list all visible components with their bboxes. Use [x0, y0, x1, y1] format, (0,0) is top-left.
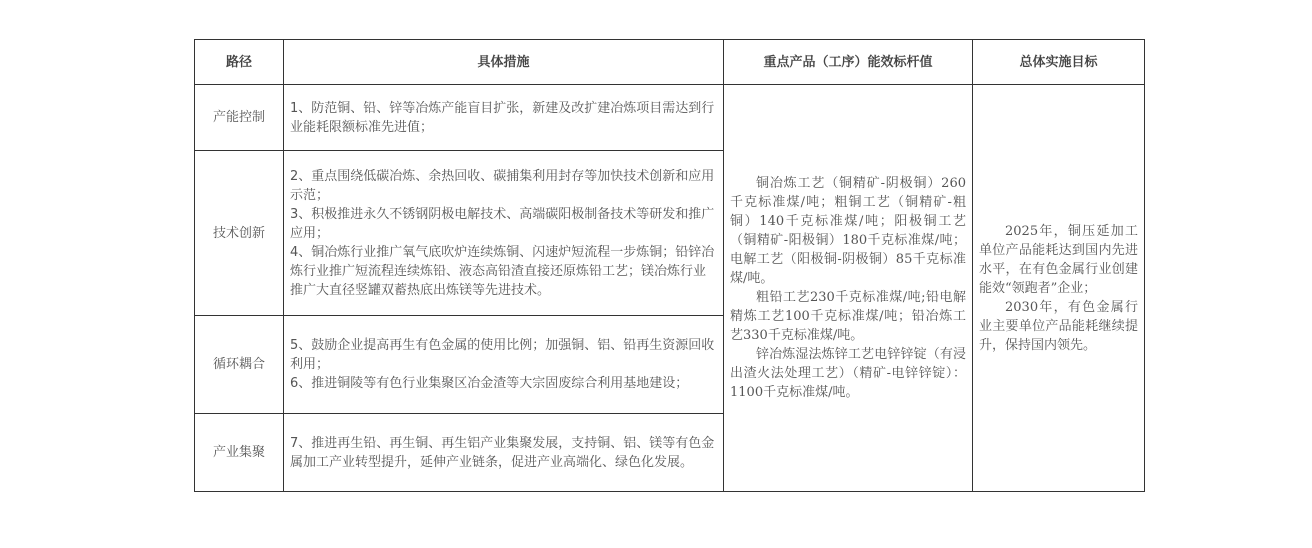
table-row: 产能控制 1、防范铜、铅、锌等冶炼产能盲目扩张，新建及改扩建冶炼项目需达到行业能… — [195, 85, 1145, 151]
measure-cell: 2、重点围绕低碳冶炼、余热回收、碳捕集利用封存等加快技术创新和应用示范； 3、积… — [284, 151, 724, 316]
header-row: 路径 具体措施 重点产品（工序）能效标杆值 总体实施目标 — [195, 40, 1145, 85]
benchmark-zinc: 锌冶炼湿法炼锌工艺电锌锌锭（有浸出渣火法处理工艺）（精矿-电锌锌锭）：1100千… — [730, 345, 966, 402]
measure-cell: 5、鼓励企业提高再生有色金属的使用比例；加强铜、铝、铅再生资源回收利用； 6、推… — [284, 316, 724, 414]
measure-item: 5、鼓励企业提高再生有色金属的使用比例；加强铜、铝、铅再生资源回收利用； — [290, 336, 717, 374]
header-measures: 具体措施 — [284, 40, 724, 85]
measure-item: 1、防范铜、铅、锌等冶炼产能盲目扩张，新建及改扩建冶炼项目需达到行业能耗限额标准… — [290, 99, 717, 137]
measure-item: 7、推进再生铅、再生铜、再生铝产业集聚发展，支持铜、铝、镁等有色金属加工产业转型… — [290, 434, 717, 472]
goal-2025: 2025年，铜压延加工单位产品能耗达到国内先进水平，在有色金属行业创建能效“领跑… — [979, 222, 1138, 298]
measure-item: 2、重点围绕低碳冶炼、余热回收、碳捕集利用封存等加快技术创新和应用示范； — [290, 167, 717, 205]
path-cell: 技术创新 — [195, 151, 284, 316]
measure-cell: 1、防范铜、铅、锌等冶炼产能盲目扩张，新建及改扩建冶炼项目需达到行业能耗限额标准… — [284, 85, 724, 151]
measure-item: 3、积极推进永久不锈钢阴极电解技术、高端碳阳极制备技术等研发和推广应用； — [290, 205, 717, 243]
energy-efficiency-table: 路径 具体措施 重点产品（工序）能效标杆值 总体实施目标 产能控制 1、防范铜、… — [194, 39, 1145, 492]
header-goal: 总体实施目标 — [973, 40, 1145, 85]
benchmark-cell: 铜冶炼工艺（铜精矿-阴极铜）260千克标准煤/吨；粗铜工艺（铜精矿-粗铜）140… — [724, 85, 973, 492]
header-benchmark: 重点产品（工序）能效标杆值 — [724, 40, 973, 85]
header-path: 路径 — [195, 40, 284, 85]
path-cell: 产业集聚 — [195, 414, 284, 492]
benchmark-copper: 铜冶炼工艺（铜精矿-阴极铜）260千克标准煤/吨；粗铜工艺（铜精矿-粗铜）140… — [730, 174, 966, 288]
goal-cell: 2025年，铜压延加工单位产品能耗达到国内先进水平，在有色金属行业创建能效“领跑… — [973, 85, 1145, 492]
measure-item: 4、铜冶炼行业推广氧气底吹炉连续炼铜、闪速炉短流程一步炼铜；铅锌冶炼行业推广短流… — [290, 243, 717, 300]
path-cell: 产能控制 — [195, 85, 284, 151]
measure-cell: 7、推进再生铅、再生铜、再生铝产业集聚发展，支持铜、铝、镁等有色金属加工产业转型… — [284, 414, 724, 492]
benchmark-lead: 粗铅工艺230千克标准煤/吨;铅电解精炼工艺100千克标准煤/吨；铅冶炼工艺33… — [730, 288, 966, 345]
path-cell: 循环耦合 — [195, 316, 284, 414]
measure-item: 6、推进铜陵等有色行业集聚区冶金渣等大宗固废综合利用基地建设； — [290, 374, 717, 393]
goal-2030: 2030年，有色金属行业主要单位产品能耗继续提升，保持国内领先。 — [979, 298, 1138, 355]
